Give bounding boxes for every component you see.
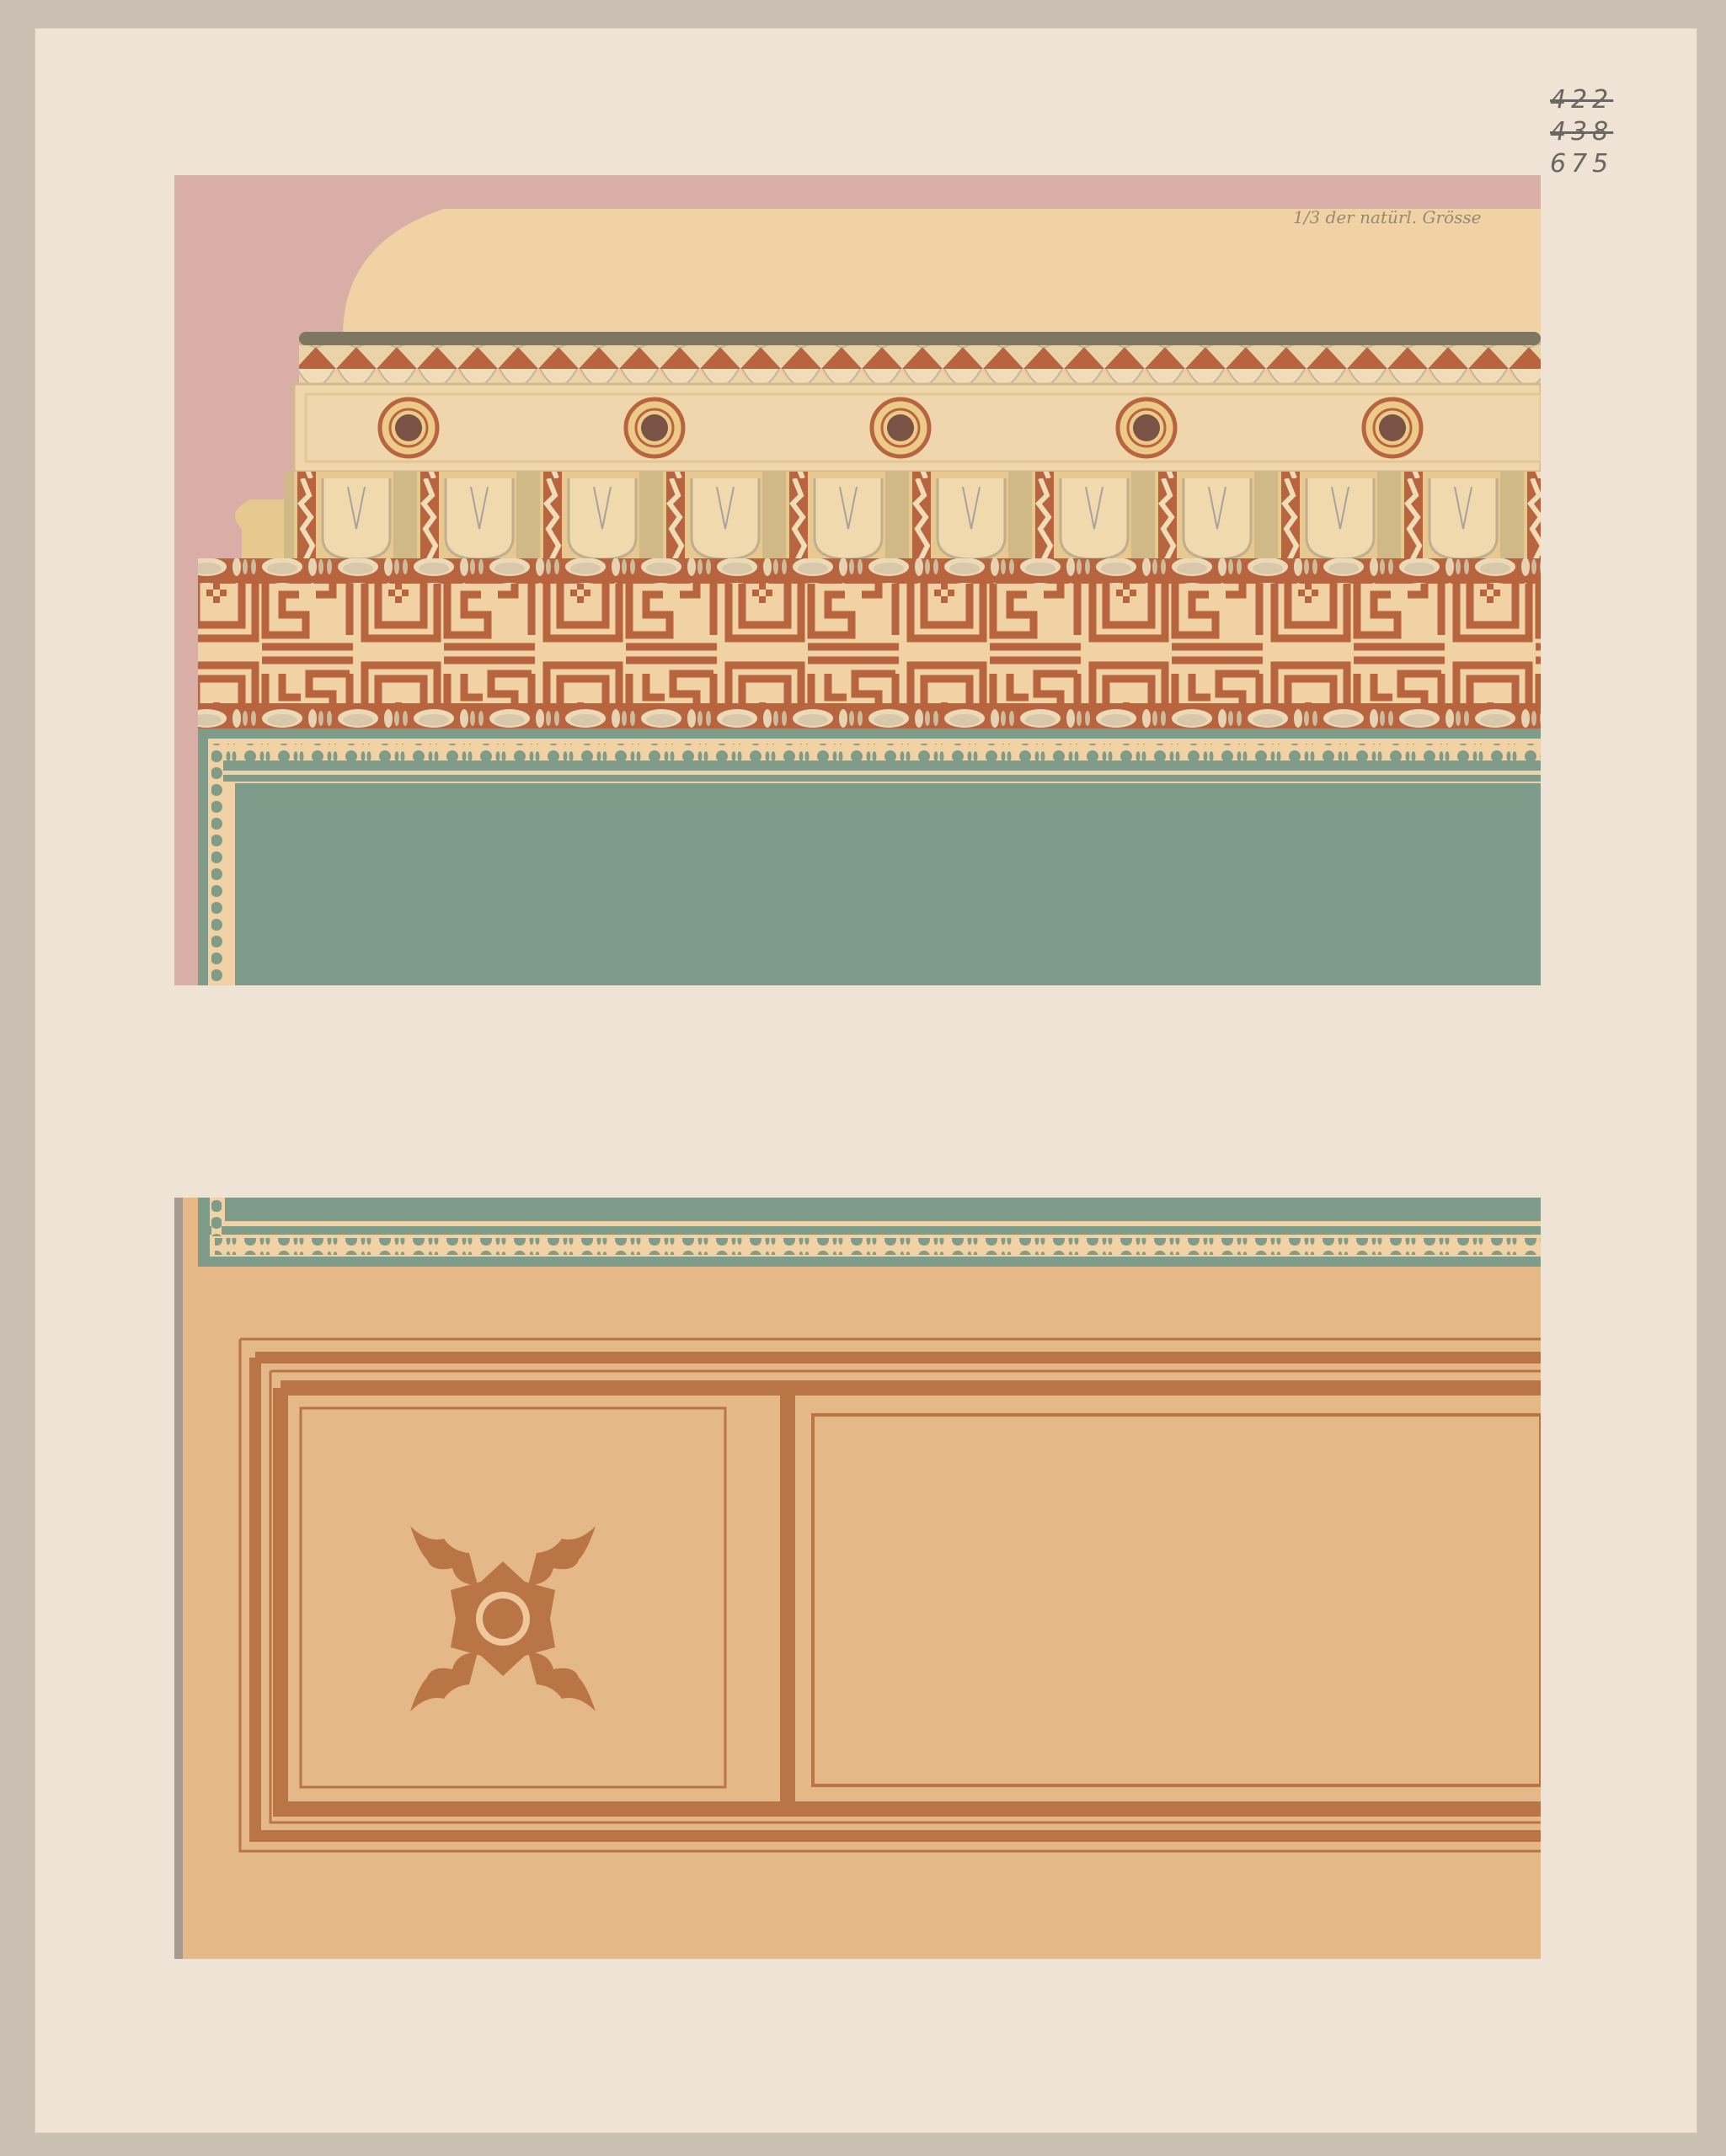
top-panel-cornice: 1/3 der natürl. Grösse xyxy=(174,175,1541,985)
inventory-number-old-2: 438 xyxy=(1550,116,1685,148)
wall-panel-drawing xyxy=(174,1198,1541,1959)
cornice-drawing xyxy=(174,175,1541,985)
scale-note: 1/3 der natürl. Grösse xyxy=(1293,207,1481,227)
inventory-number-old-1: 422 xyxy=(1550,84,1685,116)
bottom-panel-wall xyxy=(174,1198,1541,1959)
inventory-number-current: 675 xyxy=(1550,148,1685,180)
inventory-numbers: 422 438 675 xyxy=(1550,84,1685,180)
